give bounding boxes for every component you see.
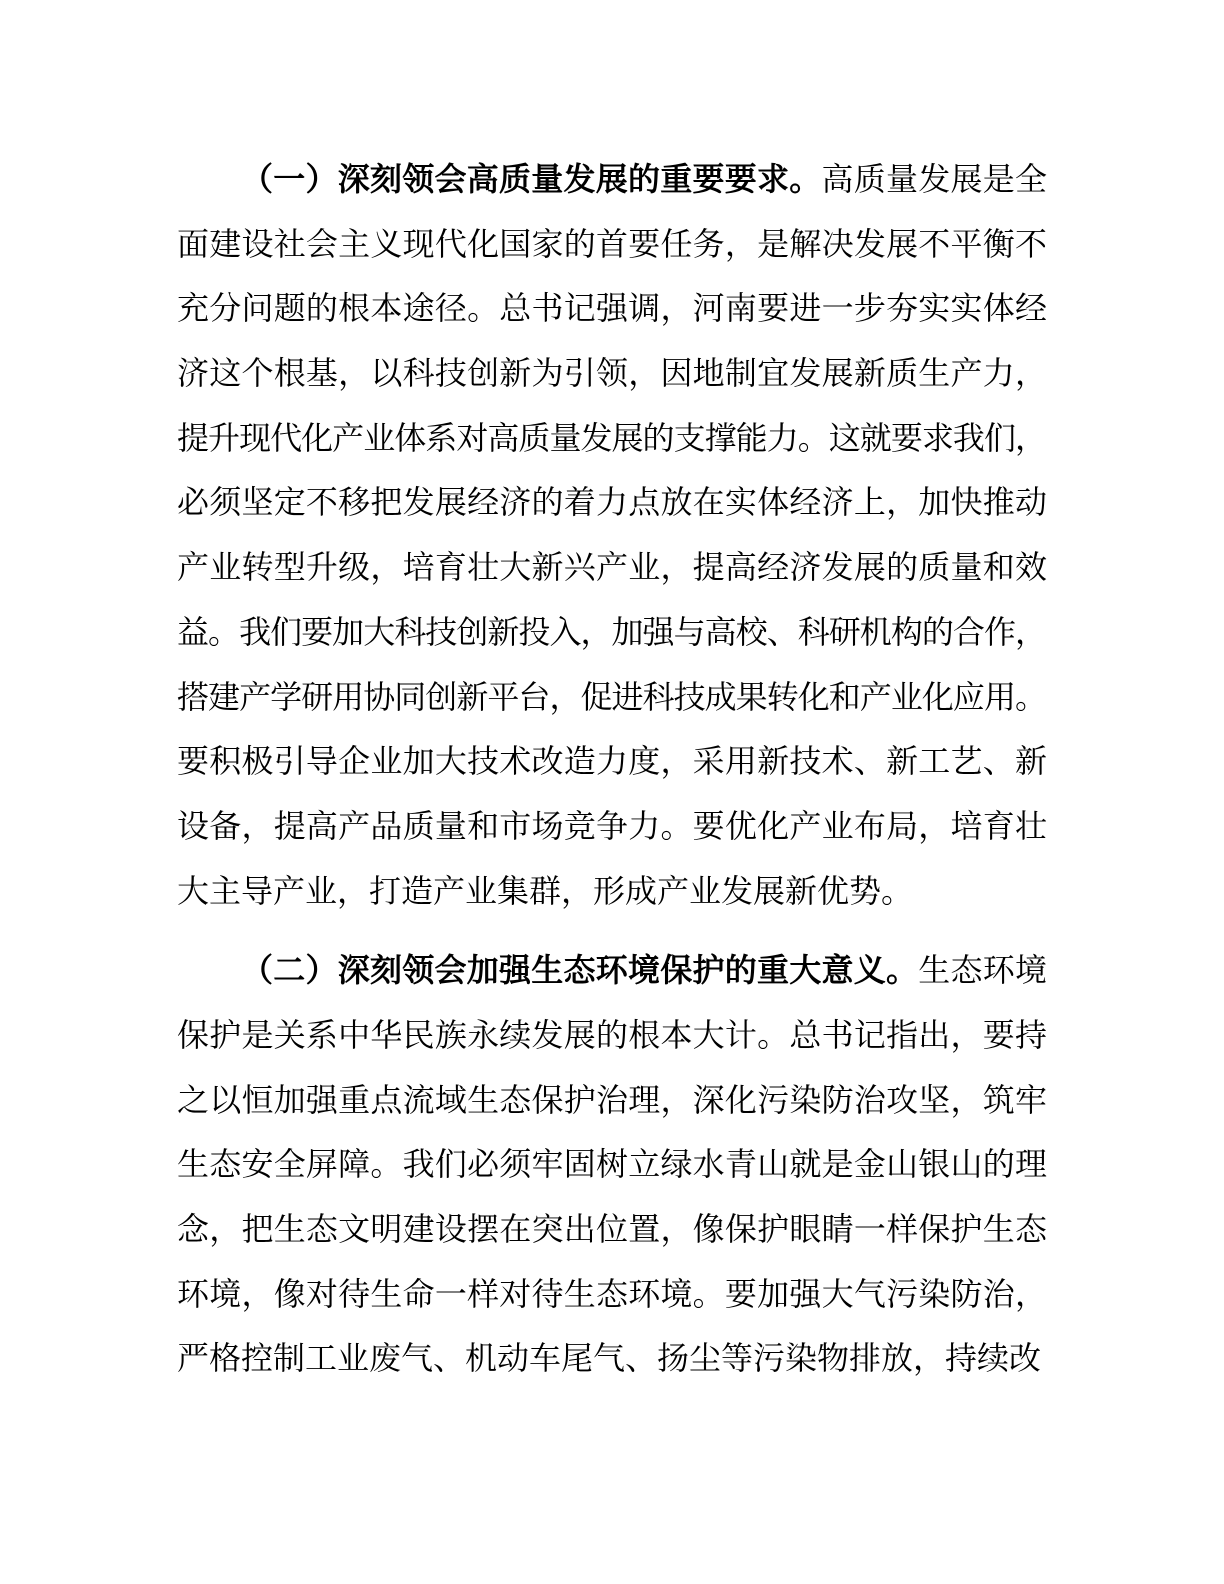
body-text: 环境，像对待生命一样对待生态环境。要加强大气污染防治， xyxy=(177,1276,1047,1312)
text-line: 面建设社会主义现代化国家的首要任务，是解决发展不平衡不 xyxy=(177,212,1047,277)
body-text: 生态安全屏障。我们必须牢固树立绿水青山就是金山银山的理 xyxy=(177,1146,1047,1182)
body-text: 充分问题的根本途径。总书记强调，河南要进一步夯实实体经 xyxy=(177,290,1047,326)
text-line: 设备，提高产品质量和市场竞争力。要优化产业布局，培育壮 xyxy=(177,794,1047,859)
document-body: （一）深刻领会高质量发展的重要要求。高质量发展是全面建设社会主义现代化国家的首要… xyxy=(177,147,1047,1391)
body-text: 济这个根基，以科技创新为引领，因地制宜发展新质生产力， xyxy=(177,355,1047,391)
section-heading: （一）深刻领会高质量发展的重要要求。 xyxy=(241,161,821,197)
text-line: 提升现代化产业体系对高质量发展的支撑能力。这就要求我们， xyxy=(177,406,1047,471)
body-text: 生态环境 xyxy=(918,952,1047,988)
body-text: 保护是关系中华民族永续发展的根本大计。总书记指出，要持 xyxy=(177,1017,1047,1053)
text-line: 保护是关系中华民族永续发展的根本大计。总书记指出，要持 xyxy=(177,1003,1047,1068)
text-line: 济这个根基，以科技创新为引领，因地制宜发展新质生产力， xyxy=(177,341,1047,406)
document-page: （一）深刻领会高质量发展的重要要求。高质量发展是全面建设社会主义现代化国家的首要… xyxy=(0,0,1224,1584)
body-text: 产业转型升级，培育壮大新兴产业，提高经济发展的质量和效 xyxy=(177,549,1047,585)
body-text: 之以恒加强重点流域生态保护治理，深化污染防治攻坚，筑牢 xyxy=(177,1082,1047,1118)
text-line: 搭建产学研用协同创新平台，促进科技成果转化和产业化应用。 xyxy=(177,665,1047,730)
text-line: 产业转型升级，培育壮大新兴产业，提高经济发展的质量和效 xyxy=(177,535,1047,600)
body-text: 设备，提高产品质量和市场竞争力。要优化产业布局，培育壮 xyxy=(177,808,1047,844)
text-line: 生态安全屏障。我们必须牢固树立绿水青山就是金山银山的理 xyxy=(177,1132,1047,1197)
paragraph-first-line: （一）深刻领会高质量发展的重要要求。高质量发展是全 xyxy=(177,147,1047,212)
body-text: 念，把生态文明建设摆在突出位置，像保护眼睛一样保护生态 xyxy=(177,1211,1047,1247)
body-text: 面建设社会主义现代化国家的首要任务，是解决发展不平衡不 xyxy=(177,226,1047,262)
text-line: 充分问题的根本途径。总书记强调，河南要进一步夯实实体经 xyxy=(177,276,1047,341)
text-line: 要积极引导企业加大技术改造力度，采用新技术、新工艺、新 xyxy=(177,729,1047,794)
paragraph-1: （一）深刻领会高质量发展的重要要求。高质量发展是全面建设社会主义现代化国家的首要… xyxy=(177,147,1047,923)
text-line: 益。我们要加大科技创新投入，加强与高校、科研机构的合作， xyxy=(177,600,1047,665)
body-text: 严格控制工业废气、机动车尾气、扬尘等污染物排放，持续改 xyxy=(177,1340,1041,1376)
text-line: 严格控制工业废气、机动车尾气、扬尘等污染物排放，持续改 xyxy=(177,1326,1047,1391)
text-line: 大主导产业，打造产业集群，形成产业发展新优势。 xyxy=(177,859,1047,924)
body-text: 高质量发展是全 xyxy=(821,161,1047,197)
text-line: 必须坚定不移把发展经济的着力点放在实体经济上，加快推动 xyxy=(177,470,1047,535)
section-heading: （二）深刻领会加强生态环境保护的重大意义。 xyxy=(241,952,918,988)
paragraph-first-line: （二）深刻领会加强生态环境保护的重大意义。生态环境 xyxy=(177,938,1047,1003)
paragraph-2: （二）深刻领会加强生态环境保护的重大意义。生态环境保护是关系中华民族永续发展的根… xyxy=(177,938,1047,1391)
body-text: 必须坚定不移把发展经济的着力点放在实体经济上，加快推动 xyxy=(177,484,1047,520)
body-text: 提升现代化产业体系对高质量发展的支撑能力。这就要求我们， xyxy=(177,420,1046,456)
body-text: 要积极引导企业加大技术改造力度，采用新技术、新工艺、新 xyxy=(177,743,1047,779)
text-line: 之以恒加强重点流域生态保护治理，深化污染防治攻坚，筑牢 xyxy=(177,1068,1047,1133)
text-line: 环境，像对待生命一样对待生态环境。要加强大气污染防治， xyxy=(177,1262,1047,1327)
text-line: 念，把生态文明建设摆在突出位置，像保护眼睛一样保护生态 xyxy=(177,1197,1047,1262)
body-text: 搭建产学研用协同创新平台，促进科技成果转化和产业化应用。 xyxy=(177,679,1046,715)
body-text: 大主导产业，打造产业集群，形成产业发展新优势。 xyxy=(177,873,913,909)
body-text: 益。我们要加大科技创新投入，加强与高校、科研机构的合作， xyxy=(177,614,1046,650)
